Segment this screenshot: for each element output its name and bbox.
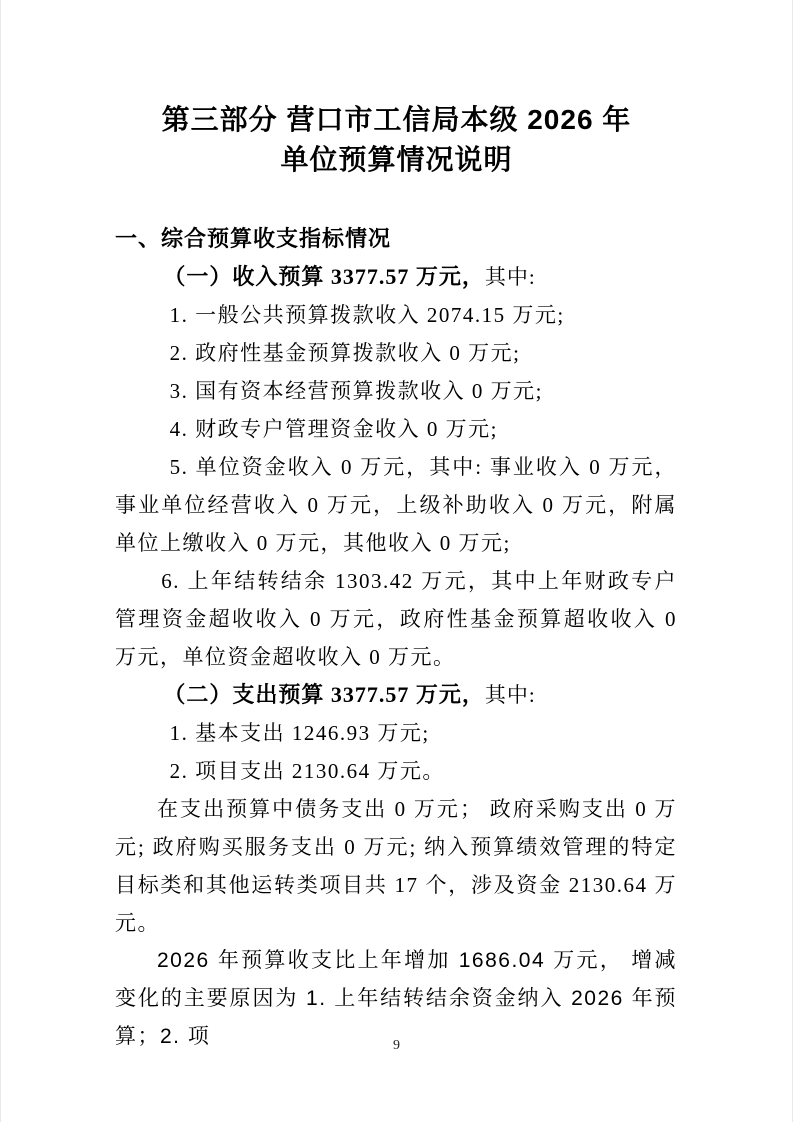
income-item-3: 3. 国有资本经营预算拨款收入 0 万元; — [115, 372, 677, 410]
expense-heading-suffix: 其中: — [485, 683, 536, 707]
page-footer: 9 — [0, 1038, 793, 1054]
income-item-5: 5. 单位资金收入 0 万元，其中: 事业收入 0 万元，事业单位经营收入 0 … — [115, 448, 677, 562]
page-number: 9 — [393, 1038, 400, 1053]
expense-item-1: 1. 基本支出 1246.93 万元; — [115, 714, 677, 752]
section-heading: 一、综合预算收支指标情况 — [115, 220, 677, 258]
document-page: 第三部分 营口市工信局本级 2026 年 单位预算情况说明 一、综合预算收支指标… — [0, 0, 793, 1122]
expense-item-2: 2. 项目支出 2130.64 万元。 — [115, 752, 677, 790]
income-item-6: 6. 上年结转结余 1303.42 万元，其中上年财政专户管理资金超收收入 0 … — [115, 562, 677, 676]
title-line-1: 第三部分 营口市工信局本级 2026 年 — [0, 100, 793, 140]
income-heading: （一）收入预算 3377.57 万元，其中: — [115, 258, 677, 296]
expense-heading: （二）支出预算 3377.57 万元，其中: — [115, 676, 677, 714]
title-line-2: 单位预算情况说明 — [0, 140, 793, 180]
income-item-1: 1. 一般公共预算拨款收入 2074.15 万元; — [115, 296, 677, 334]
document-body: 一、综合预算收支指标情况 （一）收入预算 3377.57 万元，其中: 1. 一… — [115, 220, 677, 1056]
income-item-4: 4. 财政专户管理资金收入 0 万元; — [115, 410, 677, 448]
income-heading-suffix: 其中: — [485, 265, 536, 289]
income-heading-lead: （一）收入预算 3377.57 万元， — [163, 264, 485, 289]
document-title: 第三部分 营口市工信局本级 2026 年 单位预算情况说明 — [0, 0, 793, 180]
expense-note: 在支出预算中债务支出 0 万元； 政府采购支出 0 万元; 政府购买服务支出 0… — [115, 790, 677, 942]
income-item-2: 2. 政府性基金预算拨款收入 0 万元; — [115, 334, 677, 372]
expense-heading-lead: （二）支出预算 3377.57 万元， — [163, 682, 485, 707]
